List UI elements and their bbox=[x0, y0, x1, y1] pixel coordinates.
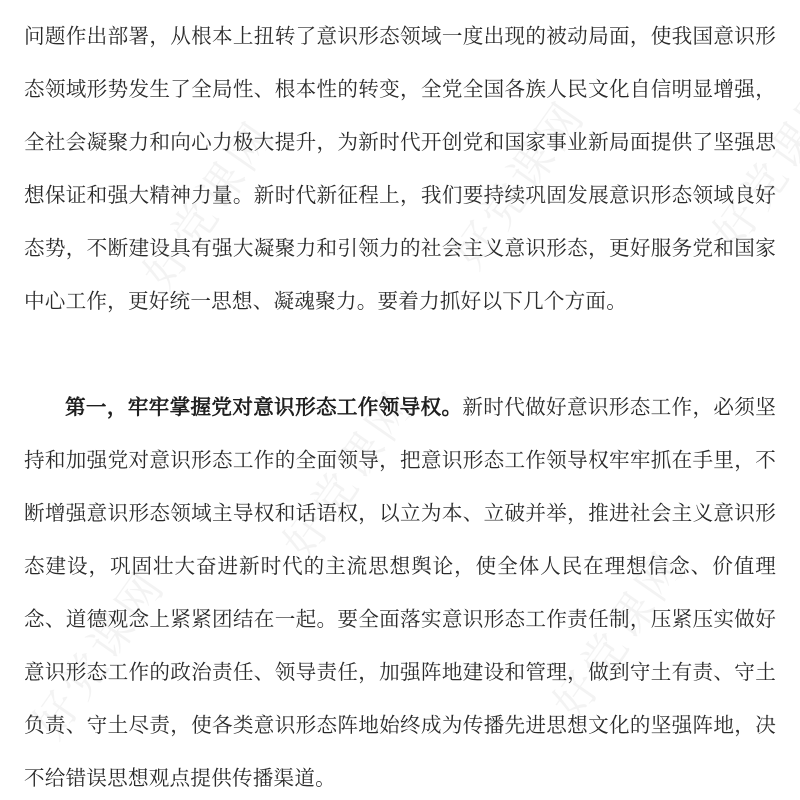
paragraph-text: 新时代做好意识形态工作，必须坚持和加强党对意识形态工作的全面领导，把意识形态工作… bbox=[24, 395, 776, 790]
document-body: 问题作出部署，从根本上扭转了意识形态领域一度出现的被动局面，使我国意识形态领域形… bbox=[24, 10, 776, 800]
paragraph-heading: 第一，牢牢掌握党对意识形态工作领导权。 bbox=[65, 395, 462, 419]
paragraph-intro-continuation: 问题作出部署，从根本上扭转了意识形态领域一度出现的被动局面，使我国意识形态领域形… bbox=[24, 10, 776, 328]
paragraph-first-point: 第一，牢牢掌握党对意识形态工作领导权。新时代做好意识形态工作，必须坚持和加强党对… bbox=[24, 381, 776, 800]
paragraph-text: 问题作出部署，从根本上扭转了意识形态领域一度出现的被动局面，使我国意识形态领域形… bbox=[24, 24, 776, 313]
paragraph-spacer bbox=[24, 328, 776, 381]
